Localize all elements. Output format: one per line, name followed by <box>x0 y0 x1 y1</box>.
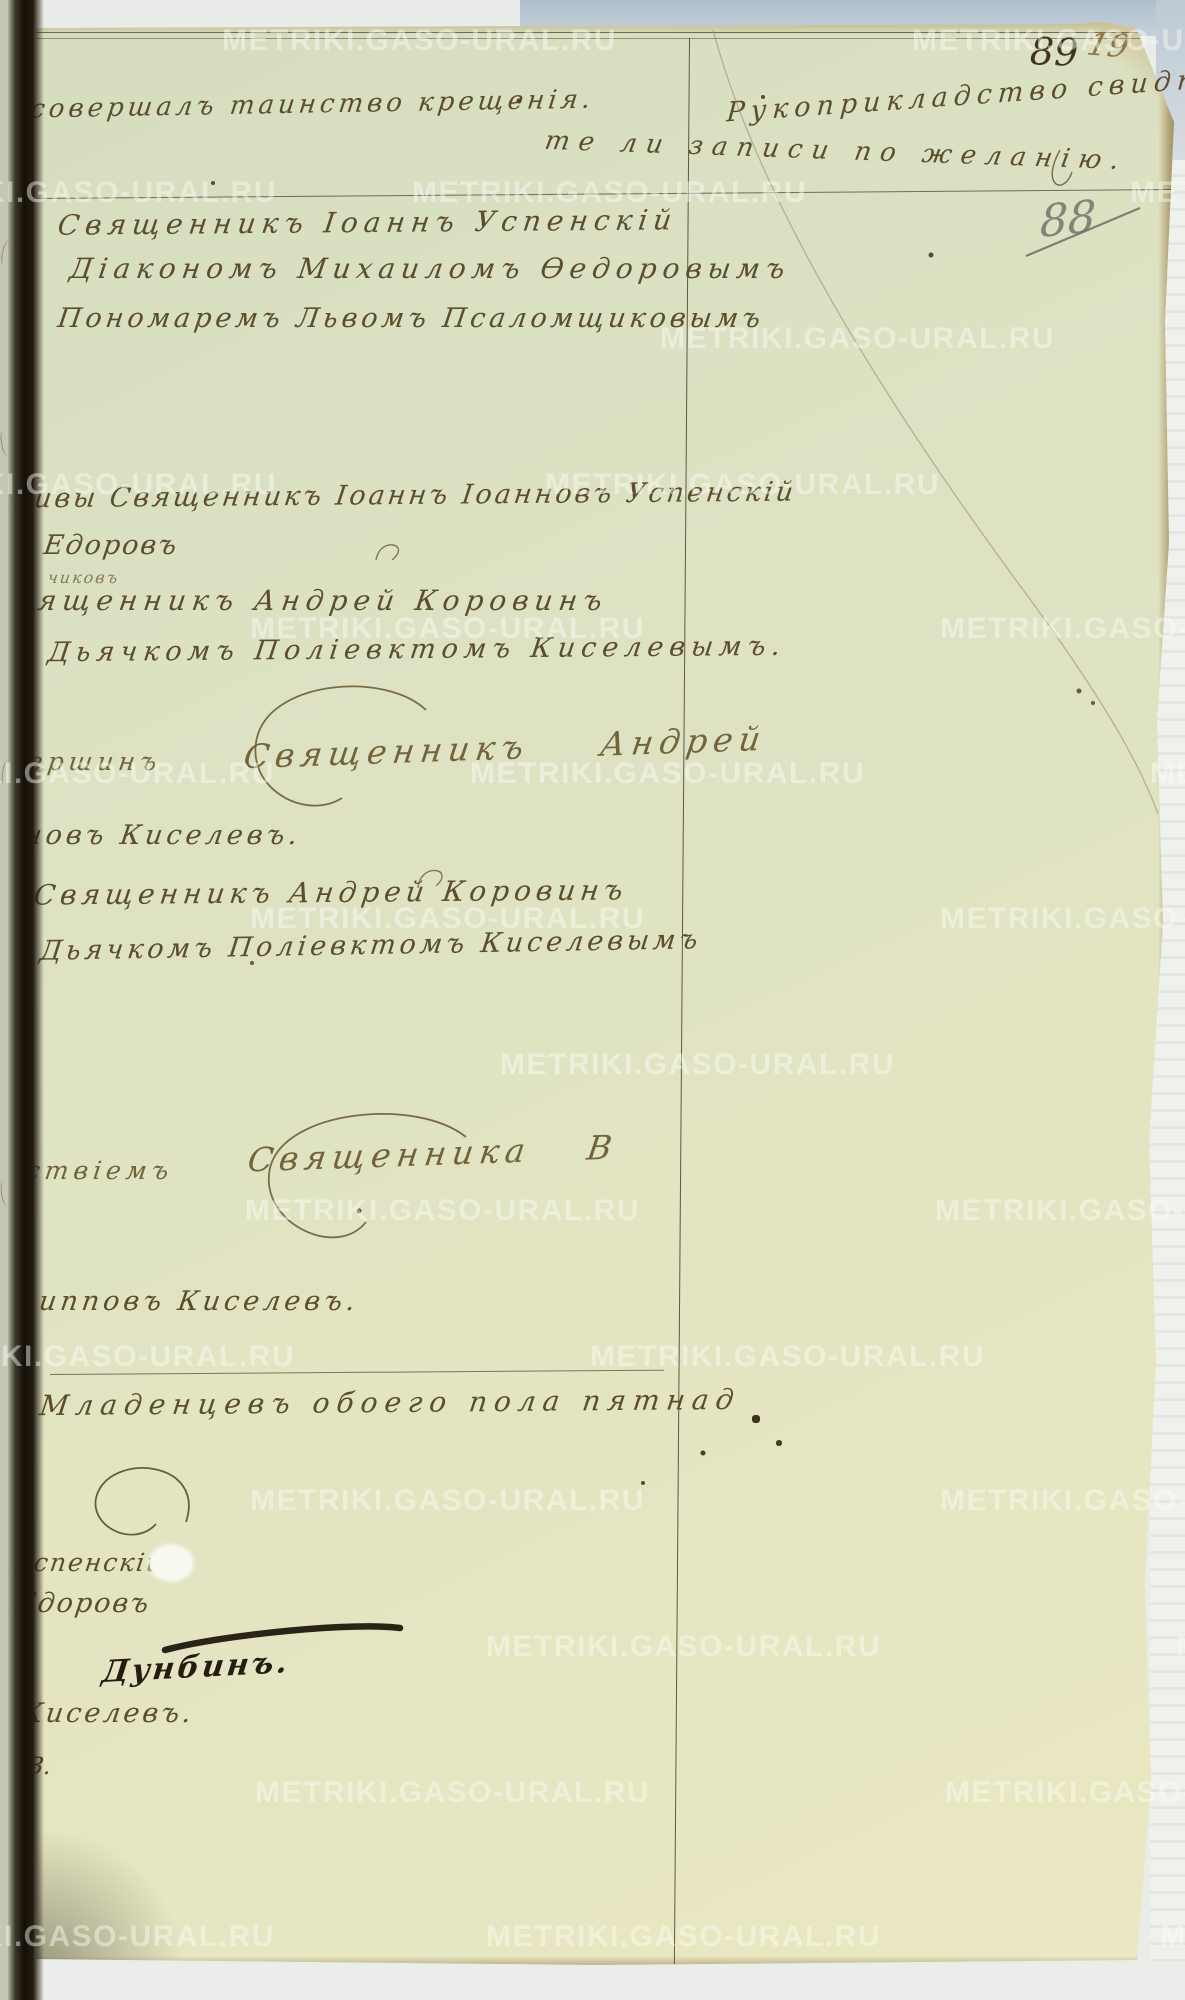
handwriting-line: ствіемъ <box>24 1156 176 1185</box>
ruled-line-header-bottom <box>36 189 1176 199</box>
paper-damage-spot <box>150 1546 192 1580</box>
handwriting-line: Священникъ Андрей Коровинъ <box>32 873 630 911</box>
handwriting-line: Дьячкомъ Поліевктомъ Киселевымъ. <box>46 631 788 668</box>
ruled-line-top-double <box>36 38 1176 39</box>
handwriting-line: Діакономъ Михаиломъ Ѳедоровымъ <box>68 252 793 285</box>
handwriting-line: ершинъ <box>26 747 164 776</box>
ruled-line-top <box>36 32 1176 33</box>
archival-scan: ла совершалъ таинство крещенія. Рукоприк… <box>0 0 1185 2000</box>
signature-line: Киселевъ. <box>20 1698 196 1729</box>
handwriting-line: липповъ Киселевъ. <box>16 1286 361 1317</box>
handwriting-line: ященникъ Андрей Коровинъ <box>36 584 611 617</box>
handwriting-line: Священникъ Іоаннъ Успенскій <box>56 203 680 241</box>
handwriting-line: Едоровъ <box>42 530 181 561</box>
ruled-line-lower-left <box>50 1370 664 1375</box>
handwriting-line: Пономаремъ Львомъ Псаломщиковымъ <box>56 303 767 334</box>
handwriting-line: Младенцевъ обоего пола пятнад <box>38 1383 743 1422</box>
handwriting-line: новъ Киселевъ. <box>22 820 304 851</box>
binding-gutter <box>8 0 44 2000</box>
backing-strip-bottom <box>0 1964 1185 2000</box>
canceled-pencil-number: 88 <box>1039 191 1096 248</box>
corner-shadow <box>36 1827 186 1967</box>
folio-number-stamped: 89 <box>1029 29 1079 75</box>
